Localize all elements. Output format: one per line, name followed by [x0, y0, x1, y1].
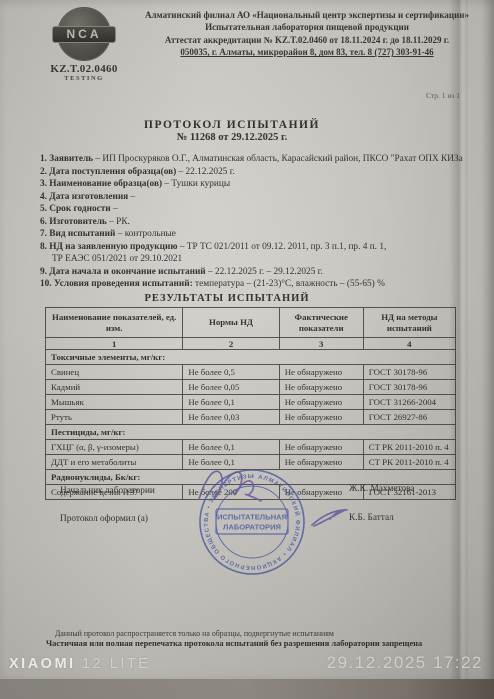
table-section-row: Токсичные элементы, мг/кг:: [46, 350, 456, 365]
column-number: 4: [363, 338, 455, 350]
table-cell: СТ РК 2011-2010 п. 4: [363, 440, 455, 455]
table-row: ДДТ и его метаболитыНе более 0,1Не обнар…: [46, 455, 456, 470]
detail-value: – 22.12.2025 г. – 29.12.2025 г.: [206, 267, 323, 277]
photo-timestamp: 29.12.2025 17:22: [327, 653, 483, 673]
org-name-line: Алматинский филиал АО «Национальный цент…: [138, 9, 476, 21]
detail-item-applicant: 1. Заявитель – ИП Проскуряков О.Г., Алма…: [40, 153, 484, 166]
protocol-title: ПРОТОКОЛ ИСПЫТАНИЙ: [0, 119, 464, 131]
table-row: ГХЦГ (α, β, γ-изомеры)Не более 0,1Не обн…: [46, 440, 456, 455]
detail-item-test-type: 7. Вид испытаний – контрольные: [40, 228, 484, 241]
table-cell: Не более 200: [183, 485, 279, 500]
photo-frame: NCA KZ.T.02.0460 TESTING Алматинский фил…: [0, 0, 494, 699]
table-cell: ГОСТ 26927-86: [363, 410, 455, 425]
results-title: РЕЗУЛЬТАТЫ ИСПЫТАНИЙ: [0, 293, 454, 304]
stamp-center-line-2: ЛАБОРАТОРИЯ: [223, 523, 281, 532]
detail-value: – ТР ТС 021/2011 от 09.12. 2011, пр. 3 п…: [177, 242, 386, 252]
table-cell: ДДТ и его метаболиты: [46, 455, 183, 470]
table-cell: Свинец: [46, 365, 183, 380]
table-cell: Кадмий: [46, 380, 183, 395]
accreditation-line: Аттестат аккредитации № KZ.T.02.0460 от …: [138, 34, 476, 46]
column-number: 3: [279, 338, 363, 350]
table-row: МышьякНе более 0,1Не обнаруженоГОСТ 3126…: [46, 395, 456, 410]
detail-label: 8. НД на заявленную продукцию: [40, 242, 177, 252]
column-header-actual: Фактические показатели: [279, 308, 363, 338]
table-cell: Не более 0,03: [183, 410, 279, 425]
detail-item-manufacturer: 6. Изготовитель – РК.: [40, 216, 484, 229]
globe-logo-icon: NCA: [58, 8, 110, 60]
detail-item-manufacture-date: 4. Дата изготовления –: [40, 191, 484, 204]
detail-value: – РК.: [107, 217, 130, 227]
table-cell: СТ РК 2011-2010 п. 4: [363, 455, 455, 470]
nca-banner-label: NCA: [52, 26, 116, 43]
table-row: КадмийНе более 0,05Не обнаруженоГОСТ 301…: [46, 380, 456, 395]
document-header: NCA KZ.T.02.0460 TESTING Алматинский фил…: [30, 8, 476, 82]
stamp-center-line-1: ИСПЫТАТЕЛЬНАЯ: [217, 513, 287, 522]
column-number-row: 1 2 3 4: [46, 338, 456, 350]
footer-note-1: Данный протокол распространяется только …: [55, 629, 334, 638]
detail-value: – ИП Проскуряков О.Г., Алматинская облас…: [93, 154, 463, 164]
protocol-title-block: ПРОТОКОЛ ИСПЫТАНИЙ № 11268 от 29.12.2025…: [0, 119, 464, 143]
detail-label: 3. Наименование образца(ов): [40, 179, 162, 189]
paper-right-edge-shadow: [482, 0, 494, 679]
document-page: NCA KZ.T.02.0460 TESTING Алматинский фил…: [0, 0, 494, 679]
camera-model: 12 LITE: [82, 656, 150, 672]
table-cell: Не более 0,5: [183, 365, 279, 380]
table-cell: Не обнаружено: [279, 455, 363, 470]
detail-value: температура – (21-23)°С, влажность – (55…: [193, 279, 385, 289]
detail-value: –: [111, 204, 118, 214]
detail-label: 4. Дата изготовления: [40, 192, 128, 202]
signature-role-1: Начальник лаборатории: [60, 486, 155, 496]
table-cell: Не обнаружено: [279, 395, 363, 410]
table-section-row: Радионуклиды, Бк/кг:: [46, 470, 456, 485]
protocol-number: № 11268 от 29.12.2025 г.: [0, 132, 464, 143]
table-section-row: Пестициды, мг/кг:: [46, 425, 456, 440]
table-cell: Не более 0,1: [183, 455, 279, 470]
detail-item-receipt-date: 2. Дата поступления образца(ов) – 22.12.…: [40, 166, 484, 179]
camera-brand-watermark: XIAOMI 12 LITE: [9, 656, 150, 672]
column-number: 2: [183, 338, 279, 350]
table-cell: ГОСТ 30178-96: [363, 380, 455, 395]
detail-label: 5. Срок годности: [40, 204, 111, 214]
table-section-label: Пестициды, мг/кг:: [46, 425, 456, 440]
column-header-norm: Нормы НД: [183, 308, 279, 338]
detail-label: 6. Изготовитель: [40, 217, 107, 227]
testing-caption: TESTING: [30, 75, 138, 82]
table-cell: Не обнаружено: [279, 380, 363, 395]
camera-brand: XIAOMI: [9, 656, 76, 672]
page-number-label: Стр. 1 из 1: [426, 91, 460, 100]
table-cell: Не обнаружено: [279, 410, 363, 425]
table-header-row: Наименование показателей, ед. изм. Нормы…: [46, 308, 456, 338]
table-section-label: Радионуклиды, Бк/кг:: [46, 470, 456, 485]
detail-label: 2. Дата поступления образца(ов): [40, 167, 176, 177]
detail-item-sample-name: 3. Наименование образца(ов) – Тушки кури…: [40, 178, 484, 191]
table-cell: Мышьяк: [46, 395, 183, 410]
results-table-body: Токсичные элементы, мг/кг:СвинецНе более…: [46, 350, 456, 500]
footer-note-2: Частичная или полная перепечатка протоко…: [46, 639, 422, 648]
accreditation-number: KZ.T.02.0460: [30, 63, 138, 75]
detail-item-test-dates: 9. Дата начала и окончание испытаний – 2…: [40, 266, 484, 279]
detail-value: –: [128, 192, 135, 202]
table-cell: Ртуть: [46, 410, 183, 425]
signature-name-1: Ж.К. Махметова: [349, 484, 415, 494]
table-cell: Не более 0,1: [183, 440, 279, 455]
table-cell: Не более 0,1: [183, 395, 279, 410]
signature-role-2: Протокол оформил (а): [60, 514, 148, 524]
table-row: РтутьНе более 0,03Не обнаруженоГОСТ 2692…: [46, 410, 456, 425]
detail-item-shelf-life: 5. Срок годности –: [40, 203, 484, 216]
detail-label: 7. Вид испытаний: [40, 229, 115, 239]
detail-value: – контрольные: [115, 229, 176, 239]
signature-name-2: К.Б. Баттал: [349, 513, 394, 523]
table-cell: ГОСТ 31266-2004: [363, 395, 455, 410]
detail-label: 9. Дата начала и окончание испытаний: [40, 267, 206, 277]
details-list: 1. Заявитель – ИП Проскуряков О.Г., Алма…: [40, 153, 484, 291]
column-header-indicator: Наименование показателей, ед. изм.: [46, 308, 183, 338]
detail-value: – Тушки курицы: [162, 179, 230, 189]
table-cell: Не обнаружено: [279, 440, 363, 455]
table-cell: ГХЦГ (α, β, γ-изомеры): [46, 440, 183, 455]
table-cell: Не более 0,05: [183, 380, 279, 395]
table-row: СвинецНе более 0,5Не обнаруженоГОСТ 3017…: [46, 365, 456, 380]
org-header-lines: Алматинский филиал АО «Национальный цент…: [138, 8, 476, 82]
detail-label: 1. Заявитель: [40, 154, 93, 164]
nca-logo: NCA KZ.T.02.0460 TESTING: [30, 8, 138, 82]
lab-name-line: Испытательная лаборатория пищевой продук…: [138, 21, 476, 33]
results-table: Наименование показателей, ед. изм. Нормы…: [45, 307, 456, 500]
column-number: 1: [46, 338, 183, 350]
detail-item-product-nd: 8. НД на заявленную продукцию – ТР ТС 02…: [40, 241, 484, 254]
table-cell: Не обнаружено: [279, 365, 363, 380]
detail-label: 10. Условия проведения испытаний:: [40, 279, 193, 289]
table-cell: ГОСТ 30178-96: [363, 365, 455, 380]
detail-value: – 22.12.2025 г.: [176, 167, 235, 177]
table-section-label: Токсичные элементы, мг/кг:: [46, 350, 456, 365]
desk-surface: [0, 676, 494, 699]
detail-item-test-conditions: 10. Условия проведения испытаний: темпер…: [40, 278, 484, 291]
address-line: 050035, г. Алматы, микрорайон 8, дом 83,…: [138, 46, 476, 58]
detail-item-product-nd-cont: ТР ЕАЭС 051/2021 от 29.10.2021: [40, 253, 484, 266]
column-header-method: НД на методы испытаний: [363, 308, 455, 338]
